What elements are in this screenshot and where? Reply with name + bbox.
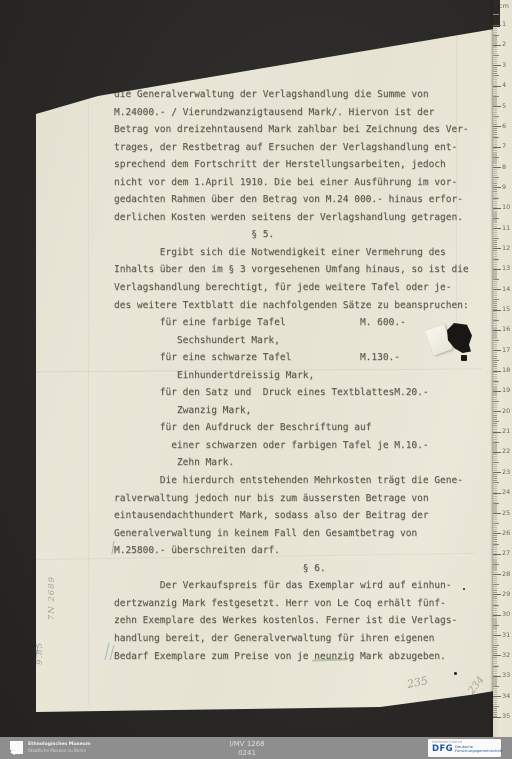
ruler-number: 2 — [502, 41, 512, 48]
ruler-halfcm-tick — [493, 55, 499, 56]
ruler-cm-tick — [493, 717, 501, 718]
museum-logo-icon — [10, 749, 16, 755]
text-line: Die hierdurch entstehenden Mehrkosten tr… — [114, 475, 469, 493]
ruler-number: 8 — [502, 164, 512, 171]
ruler-cm-tick — [493, 371, 501, 372]
ruler-number: 13 — [502, 265, 512, 272]
ruler-halfcm-tick — [493, 503, 499, 504]
ruler-number: 3 — [502, 62, 512, 69]
ruler-cm-tick — [493, 65, 501, 66]
ruler-cm-tick — [493, 25, 501, 26]
text-line: Sechshundert Mark, — [114, 335, 469, 353]
text-line: derlichen Kosten werden seitens der Verl… — [114, 212, 469, 230]
ruler-cm-tick — [493, 452, 501, 453]
text-line: Zwanzig Mark, — [114, 405, 469, 423]
ruler-number: 27 — [502, 550, 512, 557]
institution-label: Ethnologisches Museum Staatliche Museen … — [28, 742, 91, 753]
ruler-cm-tick — [493, 615, 501, 616]
ruler-cm-tick — [493, 269, 501, 270]
dfg-fullname: Deutsche Forschungsgemeinschaft — [455, 745, 502, 753]
ink-speck — [454, 672, 457, 675]
text-line: M.25800.- überschreiten darf. — [114, 545, 469, 563]
text-line: für eine farbige Tafel M. 600.- — [114, 317, 469, 335]
ruler-unit-label: cm — [499, 2, 509, 10]
document-page: die Generalverwaltung der Verlagshandlun… — [0, 0, 512, 759]
ruler-halfcm-tick — [493, 401, 499, 402]
ruler-cm-tick — [493, 696, 501, 697]
blue-pencil-mark — [24, 636, 40, 666]
ruler-halfcm-tick — [493, 218, 499, 219]
ruler-halfcm-tick — [493, 14, 499, 15]
ruler-cm-tick — [493, 126, 501, 127]
text-line: dertzwanzig Mark festgesetzt. Herr von L… — [114, 598, 469, 616]
ruler-cm-tick — [493, 310, 501, 311]
institution-name: Ethnologisches Museum — [28, 742, 91, 748]
ruler-halfcm-tick — [493, 462, 499, 463]
ruler-cm-tick — [493, 167, 501, 168]
paper-crease — [88, 100, 90, 706]
ruler-halfcm-tick — [493, 482, 499, 483]
ruler-number: 5 — [502, 103, 512, 110]
ruler-halfcm-tick — [493, 96, 499, 97]
text-line: Zehn Mark. — [114, 457, 469, 475]
ruler-halfcm-tick — [493, 666, 499, 667]
ruler-number: 12 — [502, 245, 512, 252]
text-line: gedachten Rahmen über den Betrag von M.2… — [114, 194, 469, 212]
ruler-number: 31 — [502, 632, 512, 639]
ruler-number: 25 — [502, 510, 512, 517]
ruler-halfcm-tick — [493, 360, 499, 361]
ruler-cm-tick — [493, 655, 501, 656]
dfg-wordmark: DFG — [432, 745, 453, 754]
ruler-halfcm-tick — [493, 544, 499, 545]
ruler-cm-tick — [493, 411, 501, 412]
text-line: Einhundertdreissig Mark, — [114, 370, 469, 388]
ruler-halfcm-tick — [493, 279, 499, 280]
text-line: Generalverwaltung in keinem Fall den Ges… — [114, 528, 469, 546]
ruler-cm-tick — [493, 533, 501, 534]
ruler-cm-tick — [493, 350, 501, 351]
ruler-cm-tick — [493, 432, 501, 433]
ruler-halfcm-tick — [493, 157, 499, 158]
text-line: einer schwarzen oder farbigen Tafel je M… — [114, 440, 469, 458]
text-line: Inhalts über den im § 3 vorgesehenen Umf… — [114, 264, 469, 282]
ruler-halfcm-tick — [493, 340, 499, 341]
ruler-number: 32 — [502, 652, 512, 659]
ruler-number: 22 — [502, 448, 512, 455]
ruler-cm-tick — [493, 493, 501, 494]
ruler-number: 7 — [502, 143, 512, 150]
ruler-number: 4 — [502, 82, 512, 89]
shelfmark: I/MV 1268 — [187, 740, 307, 749]
ruler-halfcm-tick — [493, 645, 499, 646]
ruler-number: 18 — [502, 367, 512, 374]
text-line: handlung bereit, der Generalverwaltung f… — [114, 633, 469, 651]
ruler-number: 30 — [502, 611, 512, 618]
text-line: Betrag von dreizehntausend Mark zahlbar … — [114, 124, 469, 142]
ruler-halfcm-tick — [493, 238, 499, 239]
text-line: für den Satz und Druck eines Textblattes… — [114, 387, 469, 405]
text-line: Bedarf Exemplare zum Preise von je neunz… — [114, 651, 469, 669]
ink-speck — [463, 588, 465, 590]
pencil-annotation: 234 — [466, 675, 486, 697]
blue-pencil-mark — [102, 640, 116, 662]
text-line: Ergibt sich die Notwendigkeit einer Verm… — [114, 247, 469, 265]
ruler-halfcm-tick — [493, 381, 499, 382]
text-line: zehn Exemplare des Werkes kostenlos. Fer… — [114, 615, 469, 633]
text-line: eintausendachthundert Mark, sodass also … — [114, 510, 469, 528]
ruler-cm-tick — [493, 208, 501, 209]
ruler-halfcm-tick — [493, 137, 499, 138]
ruler-halfcm-tick — [493, 421, 499, 422]
institution-parent: Staatliche Museen zu Berlin — [28, 748, 91, 754]
ruler-number: 35 — [502, 713, 512, 720]
scan-viewport: die Generalverwaltung der Verlagshandlun… — [0, 0, 512, 759]
ruler: cm 1234567891011121314151617181920212223… — [493, 0, 512, 737]
ruler-halfcm-tick — [493, 584, 499, 585]
text-line: die Generalverwaltung der Verlagshandlun… — [114, 89, 469, 107]
ruler-halfcm-tick — [493, 605, 499, 606]
ruler-number: 20 — [502, 408, 512, 415]
ruler-number: 28 — [502, 571, 512, 578]
ruler-number: 9 — [502, 184, 512, 191]
ruler-number: 19 — [502, 387, 512, 394]
text-line: des weitere Textblatt die nachfolgenden … — [114, 300, 469, 318]
ruler-cm-tick — [493, 513, 501, 514]
ruler-number: 10 — [502, 204, 512, 211]
ruler-halfcm-tick — [493, 686, 499, 687]
ruler-cm-tick — [493, 635, 501, 636]
text-line: nicht vor dem 1.April 1910. Die bei eine… — [114, 177, 469, 195]
ruler-cm-tick — [493, 472, 501, 473]
paper-hole-small — [461, 355, 467, 361]
ruler-halfcm-tick — [493, 320, 499, 321]
ruler-number: 1 — [502, 21, 512, 28]
ruler-number: 21 — [502, 428, 512, 435]
text-line: für eine schwarze Tafel M.130.- — [114, 352, 469, 370]
ruler-cm-tick — [493, 187, 501, 188]
text-line: trages, der Restbetrag auf Ersuchen der … — [114, 142, 469, 160]
ruler-number: 29 — [502, 591, 512, 598]
ruler-halfcm-tick — [493, 442, 499, 443]
ruler-number: 16 — [502, 326, 512, 333]
ruler-halfcm-tick — [493, 299, 499, 300]
ruler-halfcm-tick — [493, 116, 499, 117]
text-line: Verlagshandlung berechtigt, für jede wei… — [114, 282, 469, 300]
text-line: § 5. — [114, 229, 469, 247]
ruler-halfcm-tick — [493, 625, 499, 626]
ruler-cm-tick — [493, 228, 501, 229]
ruler-halfcm-tick — [493, 35, 499, 36]
ruler-number: 34 — [502, 693, 512, 700]
ruler-number: 14 — [502, 286, 512, 293]
ruler-halfcm-tick — [493, 198, 499, 199]
ruler-cm-tick — [493, 391, 501, 392]
image-identifier: I/MV 1268 0241 — [187, 740, 307, 757]
dfg-funding-logo: Gefördert durch DFG Deutsche Forschungsg… — [428, 739, 501, 757]
ruler-cm-tick — [493, 330, 501, 331]
ruler-cm-tick — [493, 554, 501, 555]
image-number: 0241 — [187, 749, 307, 758]
ruler-cm-tick — [493, 574, 501, 575]
ruler-number: 26 — [502, 530, 512, 537]
ruler-cm-tick — [493, 147, 501, 148]
ruler-halfcm-tick — [493, 706, 499, 707]
ruler-halfcm-tick — [493, 75, 499, 76]
ruler-number: 15 — [502, 306, 512, 313]
text-line: M.24000.- / Vierundzwanzigtausend Mark/.… — [114, 107, 469, 125]
ruler-cm-tick — [493, 594, 501, 595]
text-line: ralverwaltung jedoch nur bis zum äussers… — [114, 493, 469, 511]
ruler-halfcm-tick — [493, 564, 499, 565]
ruler-cm-tick — [493, 106, 501, 107]
ruler-number: 24 — [502, 489, 512, 496]
ruler-number: 33 — [502, 672, 512, 679]
margin-annotation: 7N 2689 — [47, 576, 57, 620]
ruler-halfcm-tick — [493, 523, 499, 524]
text-line: sprechend dem Fortschritt der Herstellun… — [114, 159, 469, 177]
ruler-cm-tick — [493, 248, 501, 249]
ruler-cm-tick — [493, 676, 501, 677]
ruler-number: 23 — [502, 469, 512, 476]
ruler-cm-tick — [493, 289, 501, 290]
viewer-footer: Ethnologisches Museum Staatliche Museen … — [0, 737, 512, 759]
pencil-annotation: 235 — [406, 674, 429, 691]
text-line: Der Verkaufspreis für das Exemplar wird … — [114, 580, 469, 598]
ruler-halfcm-tick — [493, 177, 499, 178]
ruler-cm-tick — [493, 86, 501, 87]
ruler-number: 11 — [502, 225, 512, 232]
ruler-cm-tick — [493, 45, 501, 46]
gray-pencil-mark — [111, 540, 116, 555]
text-line: für den Aufdruck der Beschriftung auf — [114, 422, 469, 440]
typewritten-text: die Generalverwaltung der Verlagshandlun… — [114, 89, 469, 668]
ruler-number: 6 — [502, 123, 512, 130]
ruler-halfcm-tick — [493, 259, 499, 260]
ruler-number: 17 — [502, 347, 512, 354]
text-line: § 6. — [114, 563, 469, 581]
